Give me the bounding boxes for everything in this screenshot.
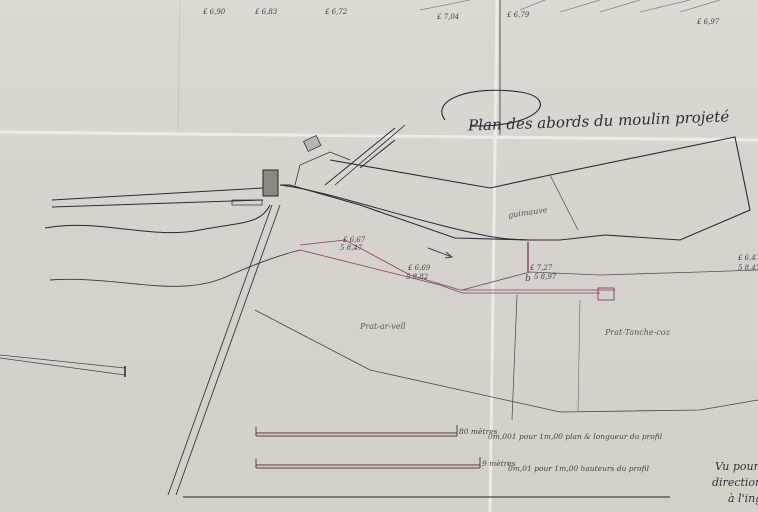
place-label-field-right: Prat-Tanche-coz xyxy=(605,328,670,337)
elevation-label: £ 6,83 xyxy=(255,8,277,16)
signature-line: direction xyxy=(712,476,758,489)
top-hatching xyxy=(420,0,720,12)
point-b-label: b xyxy=(525,274,531,284)
elevation-label: 5 8,97 xyxy=(534,273,556,281)
elevation-label: 5 8,47 xyxy=(340,244,362,252)
scale-bar-plan xyxy=(256,425,457,436)
north-arrow xyxy=(428,248,452,258)
signature-line: Vu pour xyxy=(715,460,758,473)
elevation-label: £ 6,72 xyxy=(325,8,347,16)
signature-line: à l'ingé xyxy=(728,492,758,505)
elevation-label: £ 7,04 xyxy=(437,13,459,21)
elevation-label: £ 6,97 xyxy=(697,18,719,26)
elevation-label: £ 6,47 xyxy=(738,254,758,262)
elevation-label: £ 6,67 xyxy=(343,236,365,244)
elevation-label: 5 8,47 xyxy=(738,264,758,272)
map-sheet: Plan des abords du moulin projeté £ 6,90… xyxy=(0,0,758,512)
elevation-label: 5 8,82 xyxy=(406,273,428,281)
scale-profile-caption: 0m,01 pour 1m,00 hauteurs du profil xyxy=(508,464,649,473)
elevation-label: £ 7,27 xyxy=(530,264,552,272)
scale-plan-caption: 0m,001 pour 1m,00 plan & longueur du pro… xyxy=(488,432,662,441)
place-label-field-left: Prat-ar-vell xyxy=(360,322,406,331)
elevation-label: £ 6,90 xyxy=(203,8,225,16)
elevation-label: £ 6,69 xyxy=(408,264,430,272)
elevation-label: £ 6,79 xyxy=(507,11,529,19)
scale-bar-profile xyxy=(256,457,480,468)
